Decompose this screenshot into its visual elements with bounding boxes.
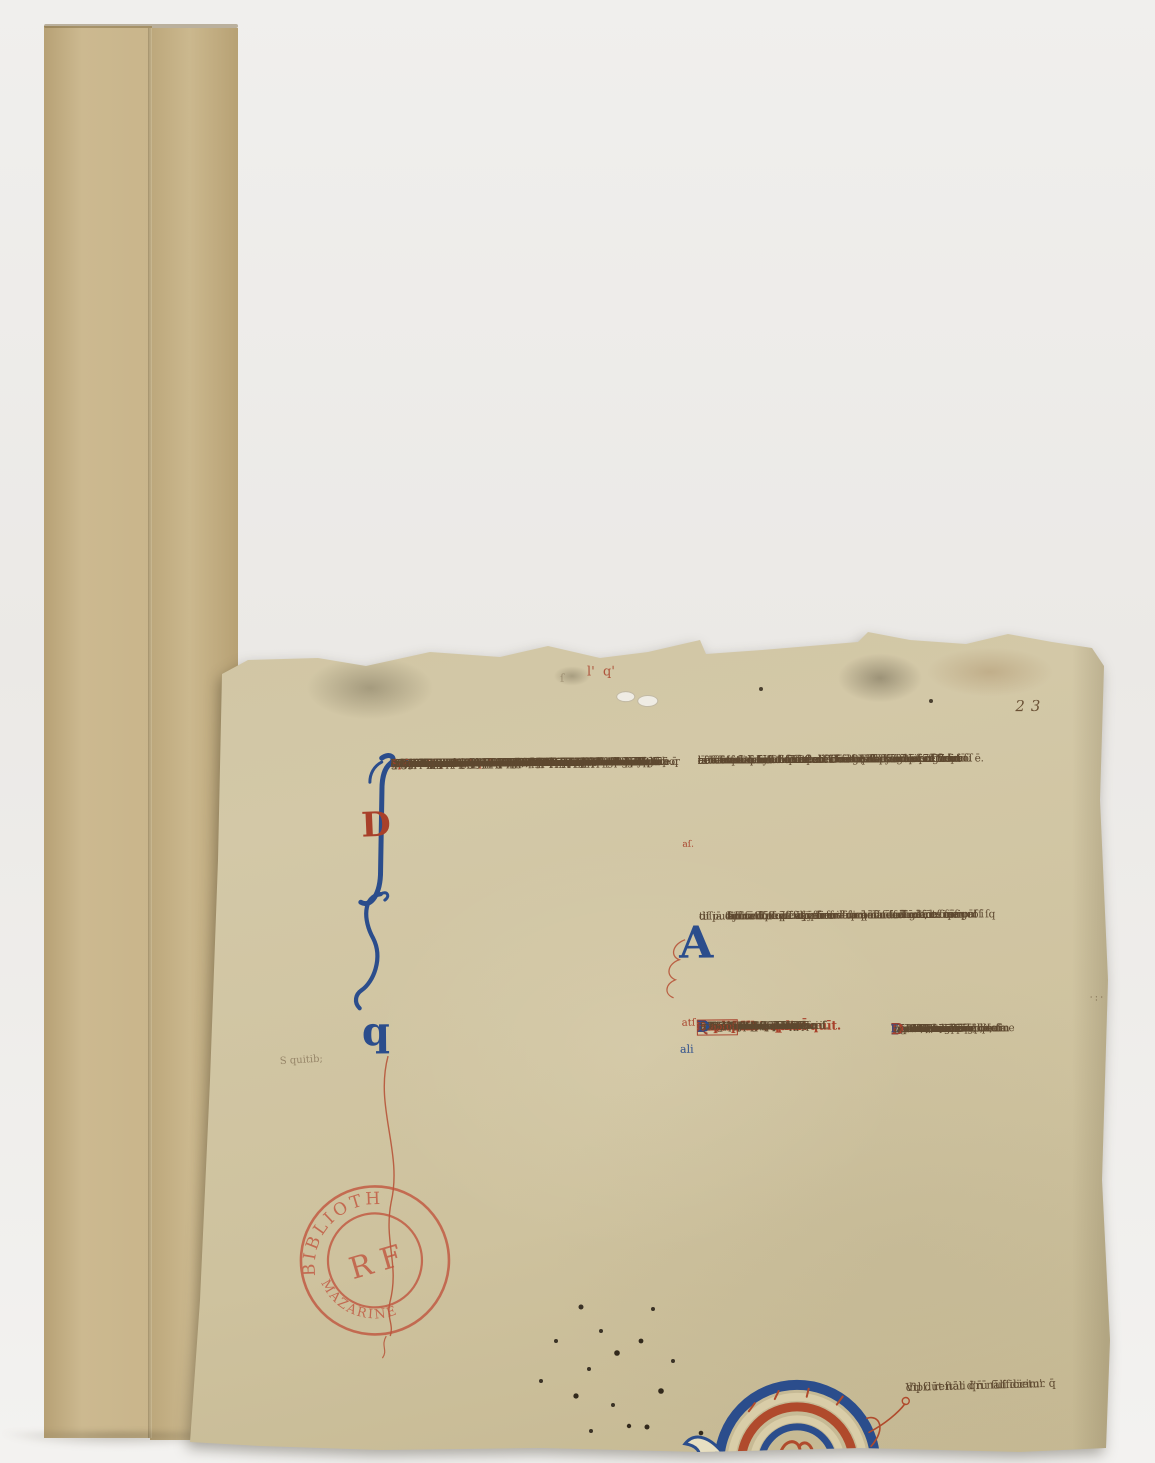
ink-specks — [0, 0, 2, 2]
decorated-initial — [679, 1388, 912, 1463]
stamp-monogram: R F — [345, 1239, 406, 1288]
parchment-leaf: ſ l'q' 23 D q A — [0, 0, 1155, 1463]
manuscript-photo: ſ l'q' 23 D q A — [0, 0, 1155, 1463]
pen-flourish — [0, 0, 1155, 1463]
leaf-content: ſ l'q' 23 D q A — [0, 0, 1155, 1463]
parchment-leaf-wrap: ſ l'q' 23 D q A — [0, 0, 1155, 1463]
